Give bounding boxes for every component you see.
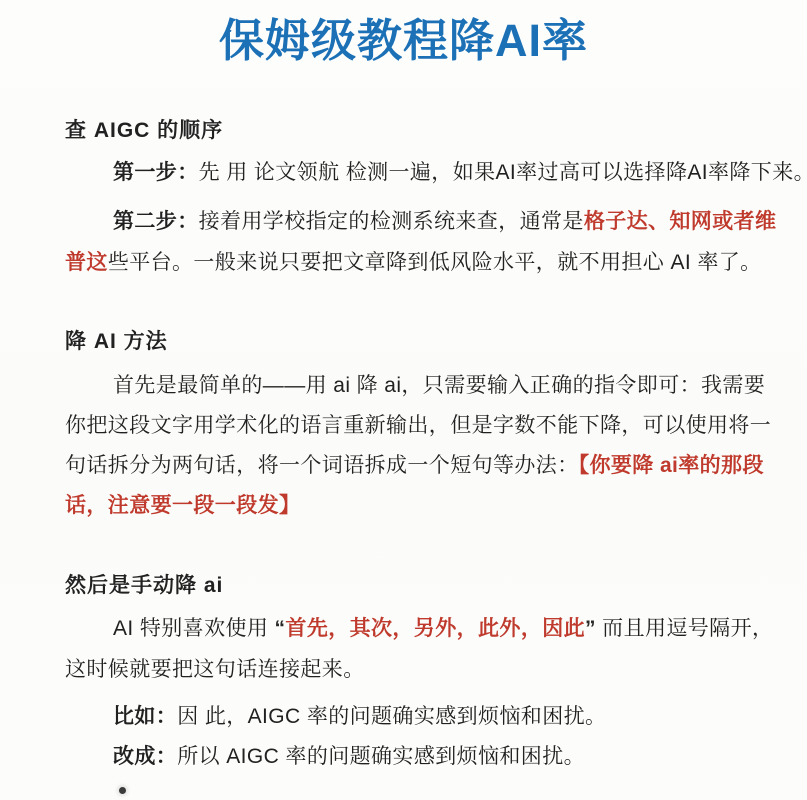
section-heading-reduce-method: 降 AI 方法 [65, 327, 743, 356]
step2-text-a: 接着用学校指定的检测系统来查，通常是 [199, 210, 584, 233]
method-line1: 首先是最简单的——用 ai 降 ai，只需要输入正确的指令即可：我需要 [65, 371, 743, 400]
paragraph-step2-line2: 普这些平台。一般来说只要把文章降到低风险水平，就不用担心 AI 率了。 [65, 248, 743, 277]
step1-text: 先 用 论文领航 检测一遍，如果AI率过高可以选择降AI率降下来。 [199, 161, 807, 184]
method-line3: 句话拆分为两句话，将一个词语拆成一个短句等办法：【你要降 ai率的那段 [65, 451, 743, 480]
method-prompt-red-cont: 话，注意要一段一段发】 [65, 494, 300, 517]
page-title: 保姆级教程降AI率 [0, 4, 807, 69]
connector-words-red: 首先，其次，另外，此外，因此 [285, 617, 585, 640]
paragraph-step1: 第一步：先 用 论文领航 检测一遍，如果AI率过高可以选择降AI率降下来。 [65, 158, 743, 187]
step2-platforms-red-cont: 普这 [65, 251, 108, 274]
section-heading-manual-reduce: 然后是手动降 ai [65, 571, 743, 600]
method-line4: 话，注意要一段一段发】 [65, 491, 743, 520]
revised-text: 所以 AIGC 率的问题确实感到烦恼和困扰。 [177, 745, 585, 768]
step1-label: 第一步： [113, 161, 199, 184]
example-label: 比如： [113, 705, 177, 728]
manual-line1: AI 特别喜欢使用 “首先，其次，另外，此外，因此” 而且用逗号隔开， [65, 614, 743, 643]
manual-line1-pre: AI 特别喜欢使用 [113, 617, 275, 640]
method-line3-text: 句话拆分为两句话，将一个词语拆成一个短句等办法： [65, 454, 579, 477]
step2-label: 第二步： [113, 210, 199, 233]
document-page: 保姆级教程降AI率 查 AIGC 的顺序 第一步：先 用 论文领航 检测一遍，如… [0, 0, 807, 800]
paragraph-step2-line1: 第二步：接着用学校指定的检测系统来查，通常是格子达、知网或者维 [65, 207, 743, 236]
manual-line2: 这时候就要把这句话连接起来。 [65, 655, 743, 684]
section-heading-check-order: 查 AIGC 的顺序 [65, 116, 743, 145]
method-prompt-red: 【你要降 ai率的那段 [579, 454, 764, 477]
revised-label: 改成： [113, 745, 177, 768]
method-line2: 你把这段文字用学术化的语言重新输出，但是字数不能下降，可以使用将一 [65, 411, 743, 440]
manual-line1-post: 而且用逗号隔开， [596, 617, 773, 640]
step2-platforms-red: 格子达、知网或者维 [584, 210, 777, 233]
step2-text-b: 些平台。一般来说只要把文章降到低风险水平，就不用担心 AI 率了。 [108, 251, 762, 274]
example-after: 改成：所以 AIGC 率的问题确实感到烦恼和困扰。 [65, 742, 743, 771]
example-text: 因 此，AIGC 率的问题确实感到烦恼和困扰。 [177, 705, 606, 728]
example-before: 比如：因 此，AIGC 率的问题确实感到烦恼和困扰。 [65, 702, 743, 731]
close-quote: ” [585, 617, 596, 640]
open-quote: “ [275, 617, 286, 640]
truncated-character-dot [119, 787, 126, 794]
